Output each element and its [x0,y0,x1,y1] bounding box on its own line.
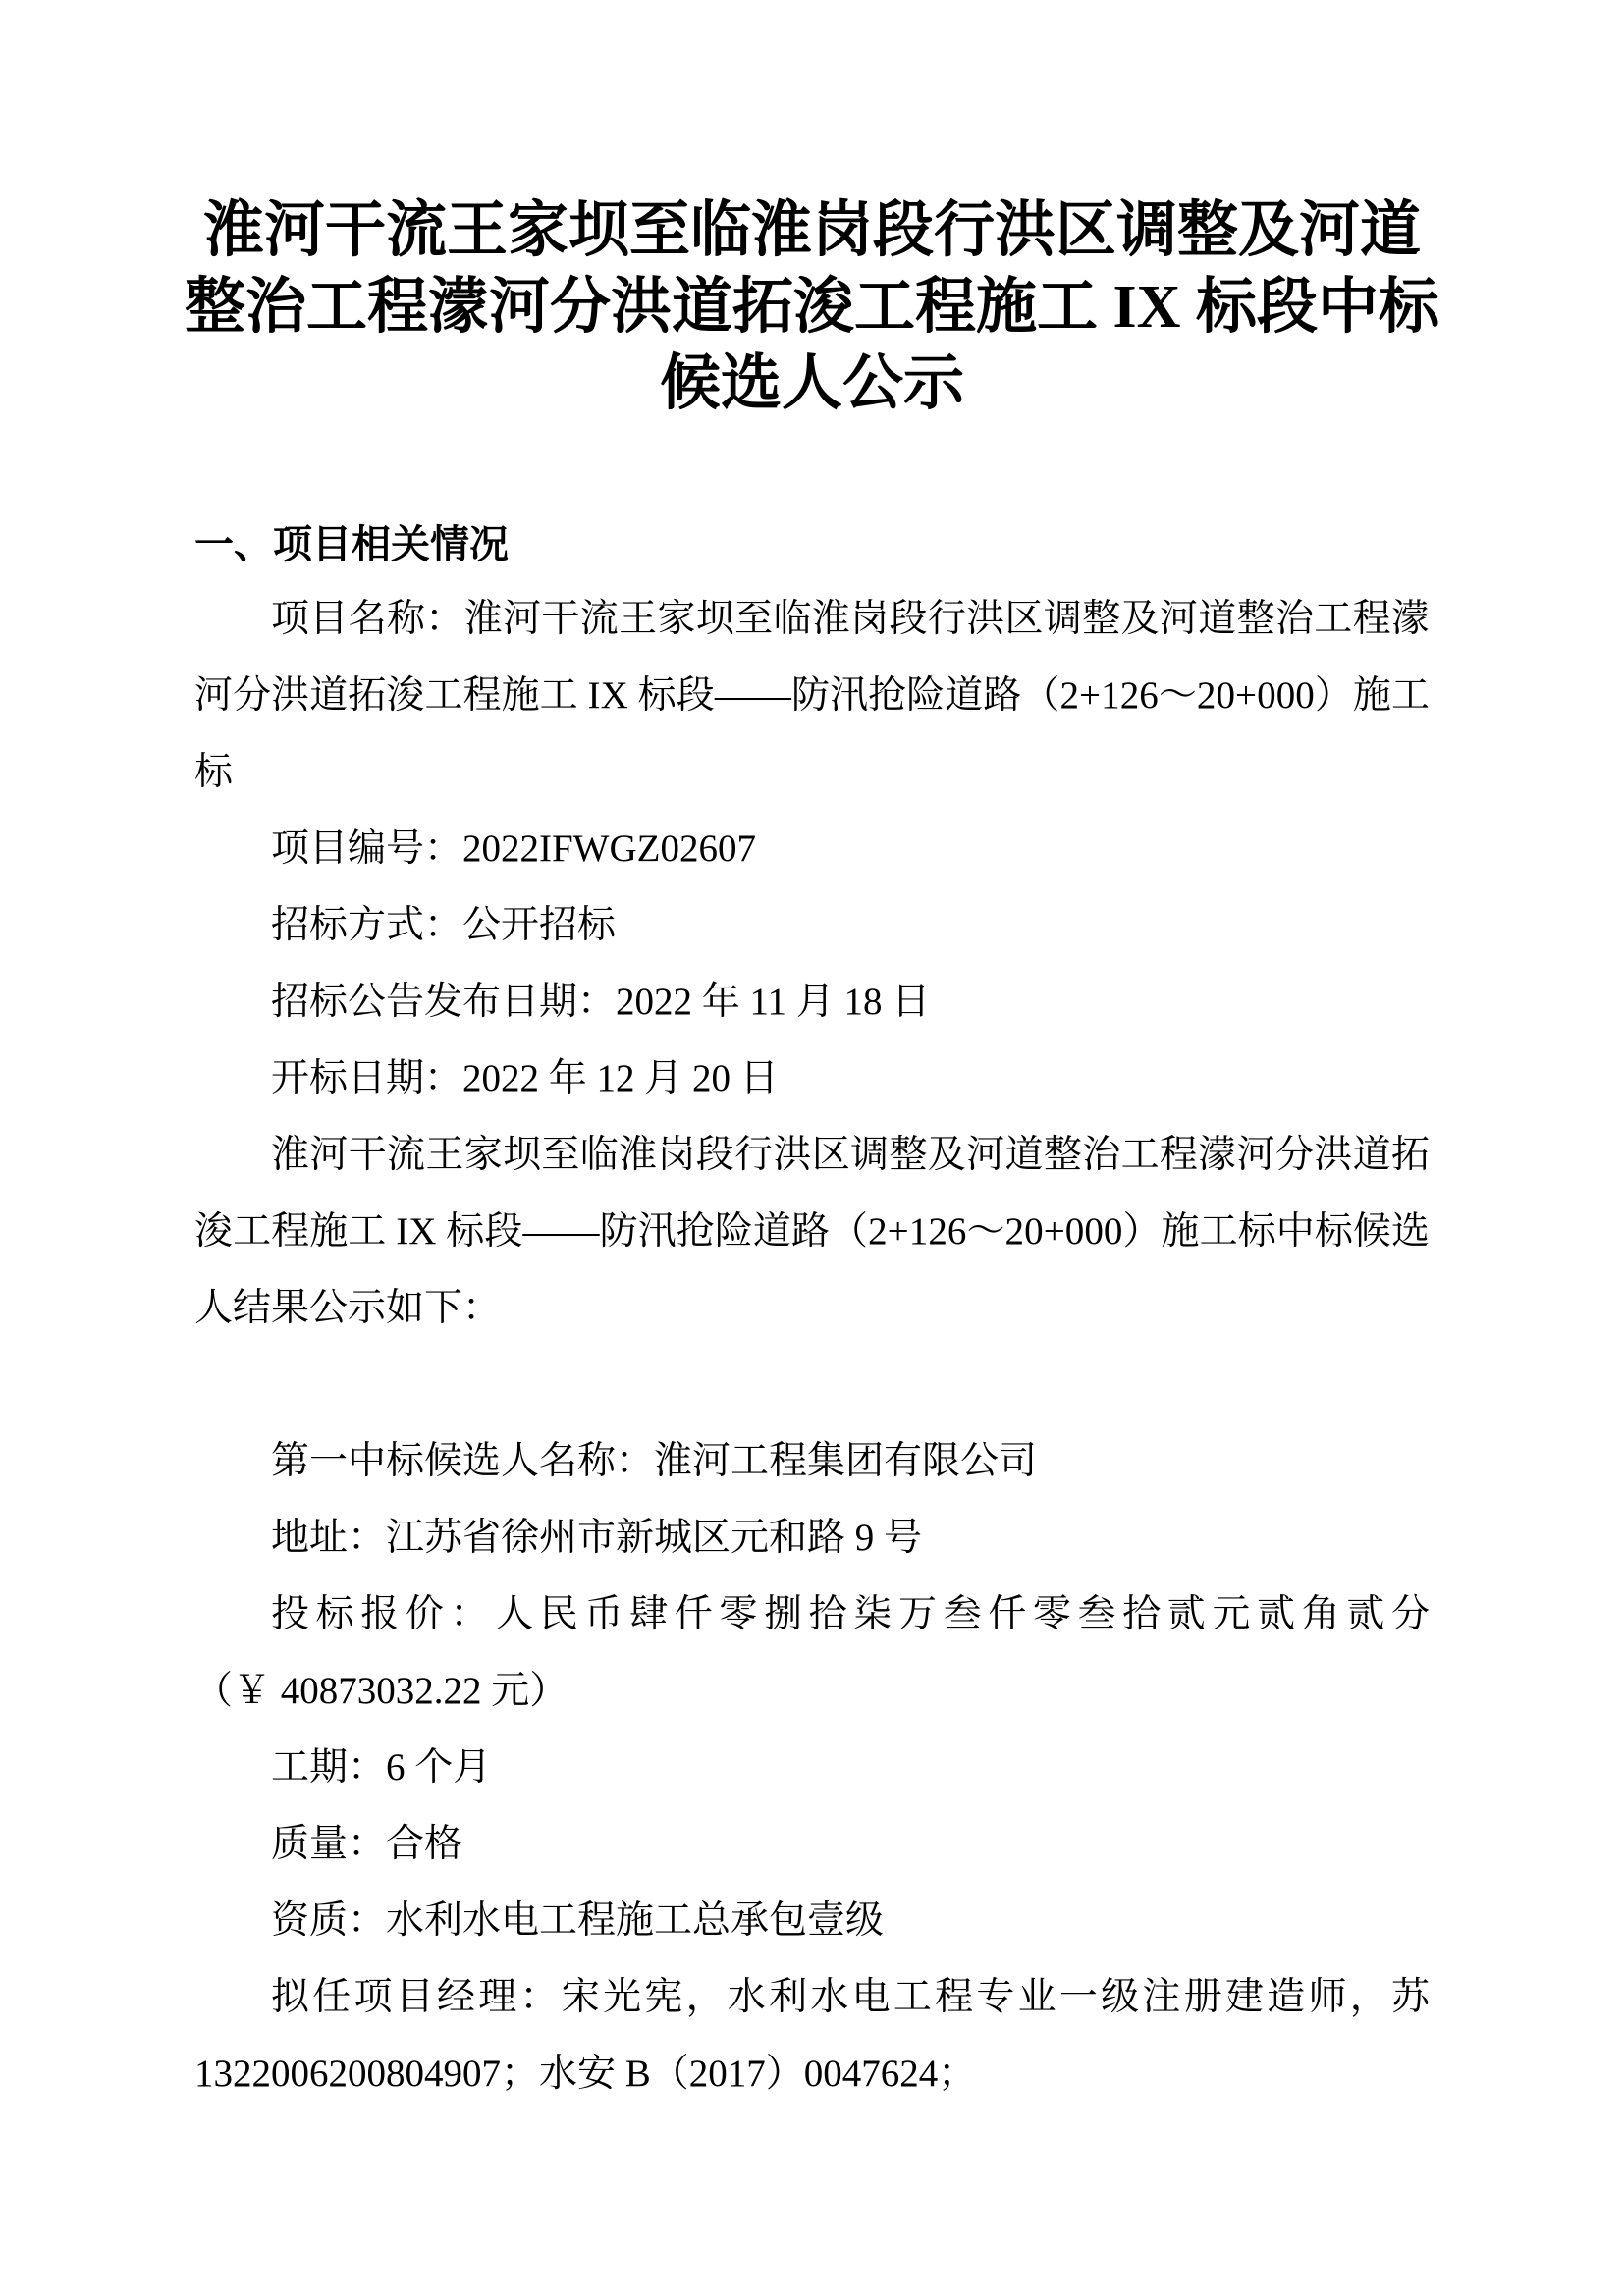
project-manager-line-2: 1322006200804907；水安 B（2017）0047624； [194,2036,1430,2112]
document-page: 淮河干流王家坝至临淮岗段行洪区调整及河道 整治工程濛河分洪道拓浚工程施工 IX … [0,0,1624,2296]
result-intro-line-3: 人结果公示如下： [194,1270,1430,1347]
project-manager-line-1: 拟任项目经理：宋光宪，水利水电工程专业一级注册建造师，苏 [194,1959,1430,2036]
address-line: 地址：江苏省徐州市新城区元和路 9 号 [194,1500,1430,1576]
title-line-3: 候选人公示 [59,346,1565,422]
quality-line: 质量：合格 [194,1806,1430,1883]
tender-method-line: 招标方式：公开招标 [194,887,1430,964]
project-name-line-2: 河分洪道拓浚工程施工 IX 标段——防汛抢险道路（2+126～20+000）施工 [194,658,1430,734]
title-line-1: 淮河干流王家坝至临淮岗段行洪区调整及河道 [59,192,1565,269]
blank-line [194,1347,1430,1423]
bid-opening-date-line: 开标日期：2022 年 12 月 20 日 [194,1041,1430,1117]
title-line-2: 整治工程濛河分洪道拓浚工程施工 IX 标段中标 [59,269,1565,346]
section-heading: 一、项目相关情况 [194,507,1430,583]
document-body: 项目名称：淮河干流王家坝至临淮岗段行洪区调整及河道整治工程濛河分洪道拓浚工程施工… [194,581,1430,2112]
announcement-date-line: 招标公告发布日期：2022 年 11 月 18 日 [194,964,1430,1041]
project-name-line-3: 标 [194,734,1430,811]
bid-price-line-1: 投标报价：人民币肆仟零捌拾柒万叁仟零叁拾贰元贰角贰分 [194,1576,1430,1653]
project-name-line-1: 项目名称：淮河干流王家坝至临淮岗段行洪区调整及河道整治工程濛 [194,581,1430,658]
bid-price-line-2: （￥ 40873032.22 元） [194,1653,1430,1730]
first-candidate-name-line: 第一中标候选人名称：淮河工程集团有限公司 [194,1423,1430,1500]
project-number-line: 项目编号：2022IFWGZ02607 [194,811,1430,887]
result-intro-line-2: 浚工程施工 IX 标段——防汛抢险道路（2+126～20+000）施工标中标候选 [194,1194,1430,1270]
result-intro-line-1: 淮河干流王家坝至临淮岗段行洪区调整及河道整治工程濛河分洪道拓 [194,1117,1430,1194]
qualification-line: 资质：水利水电工程施工总承包壹级 [194,1883,1430,1959]
document-title: 淮河干流王家坝至临淮岗段行洪区调整及河道 整治工程濛河分洪道拓浚工程施工 IX … [59,192,1565,422]
duration-line: 工期：6 个月 [194,1730,1430,1806]
